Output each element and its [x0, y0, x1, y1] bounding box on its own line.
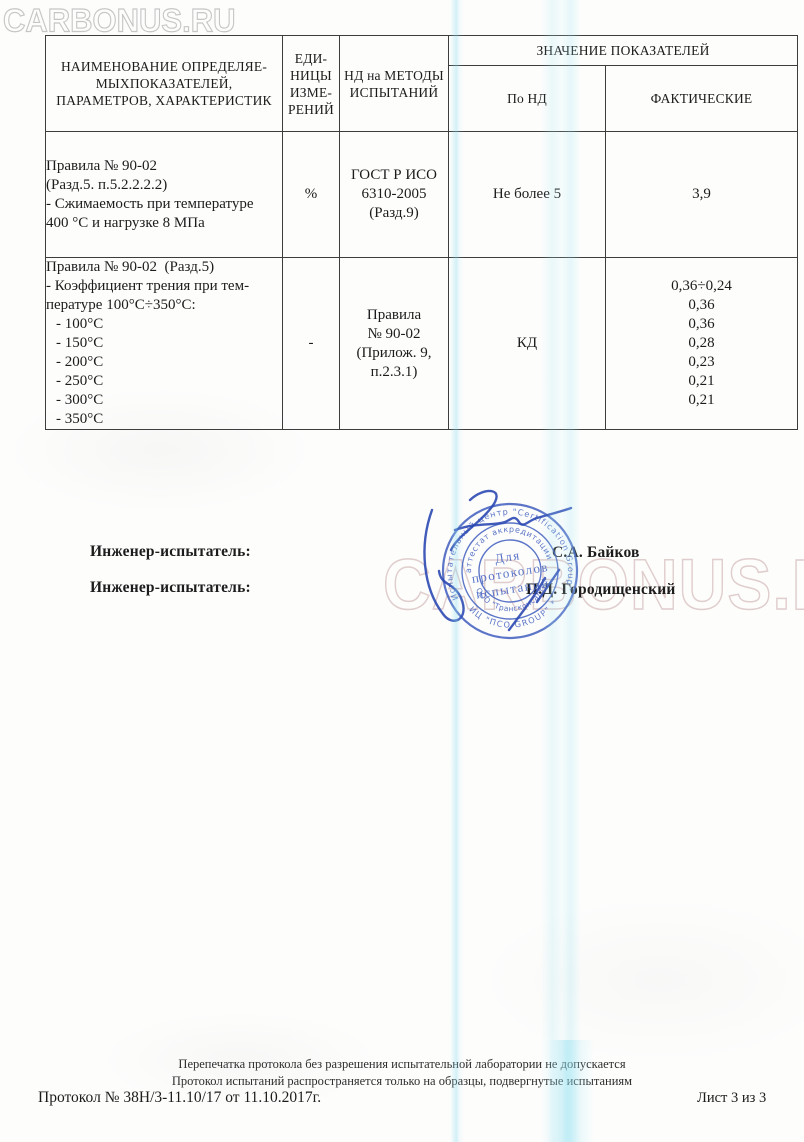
text-line: - 350°С: [46, 410, 282, 429]
text-line: (Разд.5. п.5.2.2.2.2): [46, 176, 282, 195]
text-line: - 300°С: [46, 391, 282, 410]
test-results-table: НАИМЕНОВАНИЕ ОПРЕДЕЛЯЕ- МЫХПОКАЗАТЕЛЕЙ, …: [45, 35, 798, 430]
header-line: НД на МЕТОДЫ: [340, 67, 448, 84]
header-method-column: НД на МЕТОДЫ ИСПЫТАНИЙ: [340, 36, 449, 132]
row1-actual-cell: 3,9: [606, 132, 798, 258]
text-line: (Разд.9): [340, 204, 448, 223]
table-header-row-1: НАИМЕНОВАНИЕ ОПРЕДЕЛЯЕ- МЫХПОКАЗАТЕЛЕЙ, …: [46, 36, 798, 66]
text-line: 0,21: [606, 391, 797, 410]
text-line: (Прилож. 9,: [340, 344, 448, 363]
text-line: 0,23: [606, 353, 797, 372]
row1-unit-cell: %: [283, 132, 340, 258]
text-line: 0,21: [606, 372, 797, 391]
row2-unit-cell: -: [283, 258, 340, 430]
table-row-friction: Правила № 90-02 (Разд.5) - Коэффициент т…: [46, 258, 798, 430]
header-line: МЫХПОКАЗАТЕЛЕЙ,: [46, 75, 282, 92]
stamp-svg: Испытательный центр "Certification Group…: [415, 476, 605, 666]
header-line: НАИМЕНОВАНИЕ ОПРЕДЕЛЯЕ-: [46, 58, 282, 75]
footer-sheet-number: Лист 3 из 3: [697, 1090, 766, 1107]
text-line: № 90-02: [340, 325, 448, 344]
text-line: - Коэффициент трения при тем-: [46, 277, 282, 296]
row1-by-nd-cell: Не более 5: [449, 132, 606, 258]
text-line: ГОСТ Р ИСО: [340, 166, 448, 185]
text-line: 0,36: [606, 296, 797, 315]
text-line: 400 °С и нагрузке 8 МПа: [46, 214, 282, 233]
header-line: ПАРАМЕТРОВ, ХАРАКТЕРИСТИК: [46, 92, 282, 109]
text-line: 6310-2005: [340, 185, 448, 204]
text-line: 0,28: [606, 334, 797, 353]
text-line: - 100°С: [46, 315, 282, 334]
text-line: Правила: [340, 306, 448, 325]
header-by-nd: По НД: [449, 66, 606, 132]
stamp-outer-bottom-textpath: ИЦ "ПСО GROUP" *: [467, 597, 561, 632]
signature-stroke: [451, 491, 497, 550]
text-line: 0,36: [606, 315, 797, 334]
header-line: ИСПЫТАНИЙ: [340, 84, 448, 101]
text-line: п.2.3.1): [340, 363, 448, 382]
text-line: пературе 100°С÷350°С:: [46, 296, 282, 315]
stamp-inner-ring-textpath: аттестат аккредитации: [462, 523, 555, 574]
row1-method-cell: ГОСТ Р ИСО 6310-2005 (Разд.9): [340, 132, 449, 258]
engineer-tester-label-1: Инженер-испытатель:: [90, 543, 251, 561]
signature-name-gorodishchenskiy: П.Д. Городищенский: [526, 581, 675, 599]
signature-stroke: [455, 508, 571, 530]
footer-notice-1: Перепечатка протокола без разрешения исп…: [0, 1057, 804, 1072]
header-values-group: ЗНАЧЕНИЕ ПОКАЗАТЕЛЕЙ: [449, 36, 798, 66]
scan-stripe-artifact: [548, 1040, 594, 1142]
header-actual: ФАКТИЧЕСКИЕ: [606, 66, 798, 132]
signature-stroke: [424, 510, 463, 621]
scanned-protocol-page: CARBONUS.RU CARBONUS.RU НАИМЕНОВАНИЕ ОПР…: [0, 0, 804, 1142]
footer-notice-2: Протокол испытаний распространяется толь…: [0, 1074, 804, 1089]
stamp-center-line-1: Для: [494, 547, 522, 566]
row1-name-cell: Правила № 90-02 (Разд.5. п.5.2.2.2.2) - …: [46, 132, 283, 258]
text-line: Правила № 90-02 (Разд.5): [46, 258, 282, 277]
text-line: - 250°С: [46, 372, 282, 391]
text-line: - 150°С: [46, 334, 282, 353]
table-row-compressibility: Правила № 90-02 (Разд.5. п.5.2.2.2.2) - …: [46, 132, 798, 258]
row2-actual-cell: 0,36÷0,24 0,36 0,36 0,28 0,23 0,21 0,21: [606, 258, 798, 430]
stamp-middle-circle: [460, 521, 561, 622]
handwritten-signature-strokes: [424, 491, 571, 630]
header-name-column: НАИМЕНОВАНИЕ ОПРЕДЕЛЯЕ- МЫХПОКАЗАТЕЛЕЙ, …: [46, 36, 283, 132]
header-line: ЕДИ-: [283, 50, 339, 67]
text-line: Правила № 90-02: [46, 157, 282, 176]
row2-name-cell: Правила № 90-02 (Разд.5) - Коэффициент т…: [46, 258, 283, 430]
header-line: ИЗМЕ-: [283, 84, 339, 101]
stamp-outer-bottom-text: ИЦ "ПСО GROUP" *: [467, 597, 561, 632]
engineer-tester-label-2: Инженер-испытатель:: [90, 579, 251, 597]
stamp-inner-ring-text: аттестат аккредитации: [462, 523, 555, 574]
round-stamp: Испытательный центр "Certification Group…: [415, 476, 605, 666]
row2-method-cell: Правила № 90-02 (Прилож. 9, п.2.3.1): [340, 258, 449, 430]
footer-protocol-number: Протокол № 38Н/3-11.10/17 от 11.10.2017г…: [38, 1089, 321, 1107]
text-line: - Сжимаемость при температуре: [46, 195, 282, 214]
header-units-column: ЕДИ- НИЦЫ ИЗМЕ- РЕНИЙ: [283, 36, 340, 132]
row2-by-nd-cell: КД: [449, 258, 606, 430]
signature-name-baykov: С.А. Байков: [552, 544, 640, 562]
text-line: - 200°С: [46, 353, 282, 372]
header-line: НИЦЫ: [283, 67, 339, 84]
stamp-outer-circle: [440, 501, 581, 642]
text-line: 0,36÷0,24: [606, 277, 797, 296]
header-line: РЕНИЙ: [283, 101, 339, 118]
